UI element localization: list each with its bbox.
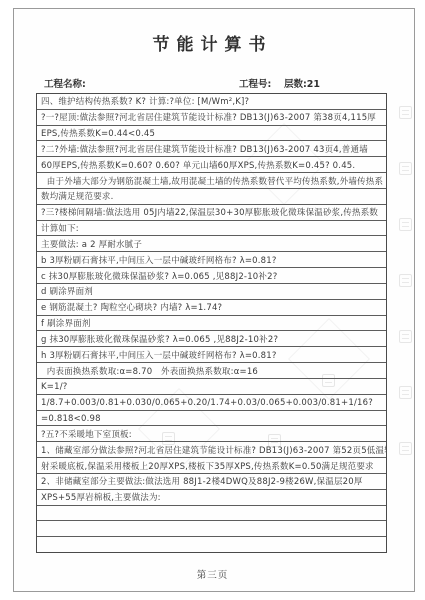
floors-label: 层数:21 [284,76,320,90]
watermark-seal-icon [399,386,412,399]
table-row: 1、储藏室部分做法参照?河北省居住建筑节能设计标准? DB13(J)63-200… [37,442,386,458]
table-row: ?五?不采暖地下室顶板: [37,426,386,442]
watermark-seal-icon [399,162,412,175]
page-number: 第三页 [0,567,425,581]
table-row: =0.818<0.98 [37,411,386,427]
table-row: ?二?外墙:做法参照?河北省居住建筑节能设计标准? DB13(J)63-2007… [37,141,386,157]
table-row: f 刷涂界面剂 [37,316,386,332]
table-row [37,537,386,552]
table-row: 计算如下: [37,221,386,237]
watermark-seal-icon [399,330,412,343]
document-meta: 工程名称: 工程号: 层数:21 [0,76,425,90]
table-row: c 抹30厚膨胀玻化微珠保温砂浆? λ=0.065 ,见88J2-10补2? [37,268,386,284]
table-row: 数均满足规范要求. [37,189,386,205]
watermark-seal-icon [399,442,412,455]
table-row: h 3厚粉刷石膏抹平,中间压入一层中碱玻纤网格布? λ=0.81? [37,347,386,363]
table-row: g 抹30厚膨胀玻化微珠保温砂浆? λ=0.065 ,见88J2-10补2? [37,331,386,347]
table-row: ?三?楼梯间隔墙:做法选用 05J内墙22,保温层30+30厚膨胀玻化微珠保温砂… [37,205,386,221]
table-row: d 刷涂界面剂 [37,284,386,300]
table-row: 四、维护结构传热系数? K? 计算:?单位: [M/Wm²,K]? [37,94,386,110]
table-row: EPS,传热系数K=0.44<0.45 [37,126,386,142]
table-row: 1/8.7+0.003/0.81+0.030/0.065+0.20/1.74+0… [37,395,386,411]
table-row: ?一?屋顶:做法参照?河北省居住建筑节能设计标准? DB13(J)63-2007… [37,110,386,126]
table-row: XPS+55厚岩棉板,主要做法为: [37,490,386,506]
table-row: 60厚EPS,传热系数K=0.60? 0.60? 单元山墙60厚XPS,传热系数… [37,157,386,173]
table-row: 主要做法: a 2 厚耐水腻子 [37,236,386,252]
watermark-seal-icon [399,106,412,119]
table-row: 由于外墙大部分为钢筋混凝土墙,故用混凝土墙的传热系数替代平均传热系数,外墙传热系 [37,173,386,189]
table-row: K=1/? [37,379,386,395]
table-row [37,506,386,522]
watermark-seal-icon [399,218,412,231]
table-row: 内表面换热系数取:α=8.70 外表面换热系数取:α=16 [37,363,386,379]
table-row [37,521,386,537]
table-row: e 钢筋混凝土? 陶粒空心砌块? 内墙? λ=1.74? [37,300,386,316]
watermark-seal-icon [399,274,412,287]
table-row: b 3厚粉刷石膏抹平,中间压入一层中碱玻纤网格布? λ=0.81? [37,252,386,268]
project-number-label: 工程号: [239,76,271,90]
project-name-label: 工程名称: [44,76,86,90]
page-title: 节能计算书 [0,30,425,55]
table-body: 四、维护结构传热系数? K? 计算:?单位: [M/Wm²,K]??一?屋顶:做… [36,93,387,553]
table-row: 2、非储藏室部分主要做法:做法选用 88J1-2楼4DWQ及88J2-9楼26W… [37,474,386,490]
table-row: 射采暖底板,保温采用楼板上20厚XPS,楼板下35厚XPS,传热系数K=0.50… [37,458,386,474]
